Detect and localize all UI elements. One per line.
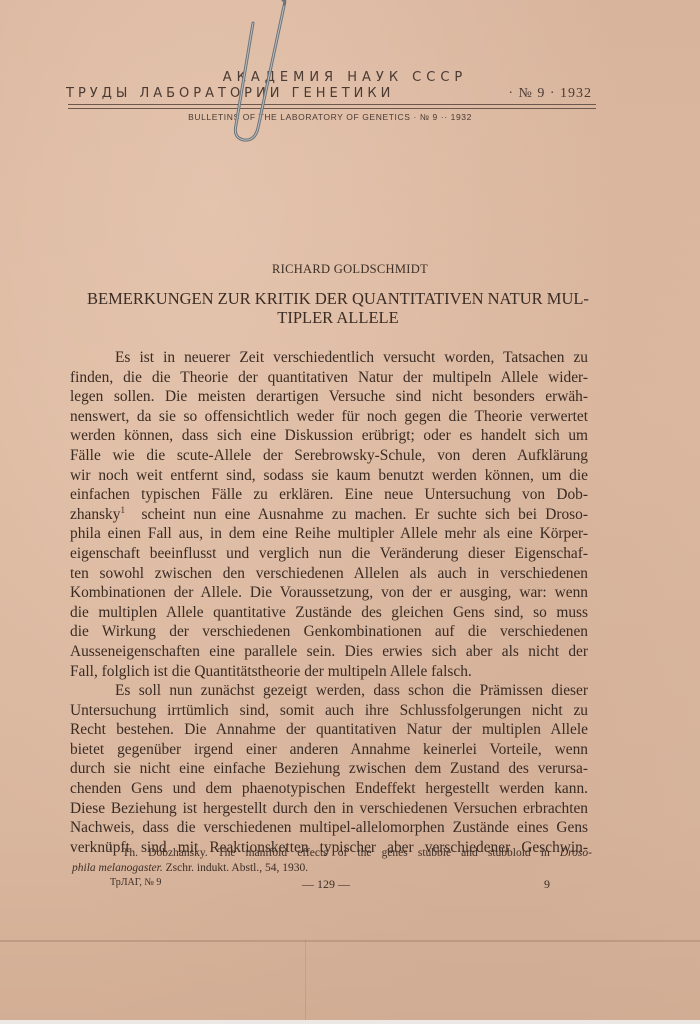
footnote-italic-text: Droso- [560,847,592,859]
body-line: Ausseneigenschaften eine parallele sein.… [70,642,588,662]
journal-title-russian: ТРУДЫ ЛАБОРАТОРИИ ГЕНЕТИКИ · № 9 · 1932 [60,86,600,102]
page-bottom-edge [0,1020,700,1024]
body-line: die multiplen Allele quantitative Zustän… [70,603,588,623]
article-body: Es ist in neuerer Zeit verschiedentlich … [70,348,588,857]
journal-title-english: BULLETINS OF THE LABORATORY OF GENETICS … [60,112,600,122]
body-line: die Wirkung der verschiedenen Genkombina… [70,622,588,642]
body-line: Kombinationen der Allele. Die Voraussetz… [70,583,588,603]
body-line: durch sie nicht eine einfache Beziehung … [70,759,588,779]
signature-number: 9 [544,877,550,892]
page-number: — 129 — [302,877,350,892]
article-title-line-1: BEMERKUNGEN ZUR KRITIK DER QUANTITATIVEN… [68,289,608,308]
journal-title-russian-text: ТРУДЫ ЛАБОРАТОРИИ ГЕНЕТИКИ [66,86,394,102]
body-line: Untersuchung irrtümlich sind, somit auch… [70,701,588,721]
header-double-rule [68,104,596,109]
body-line: legen sollen. Die meisten derartigen Ver… [70,387,588,407]
body-line-with-footnote: zhansky1 scheint nun eine Ausnahme zu ma… [70,505,588,525]
body-line: Es ist in neuerer Zeit verschiedentlich … [70,348,588,368]
body-text-fragment: scheint nun eine Ausnahme zu machen. Er … [142,506,589,523]
academy-name: АКАДЕМИЯ НАУК СССР [90,70,600,85]
paper-page: АКАДЕМИЯ НАУК СССР ТРУДЫ ЛАБОРАТОРИИ ГЕН… [0,0,700,1024]
body-line: eigenschaft beeinflusst und verglich nun… [70,544,588,564]
body-text-fragment: zhansky [70,506,120,523]
body-line: bietet gegenüber irgend einer anderen An… [70,740,588,760]
footnote-line-1: 1 Th. Dobzhansky. The manifold effects o… [72,846,592,861]
paper-fold-horizontal [0,940,700,942]
body-line: Fall, folglich ist die Quantitätstheorie… [70,662,588,682]
article-author: RICHARD GOLDSCHMIDT [0,262,700,277]
footer-journal-abbrev: ТрЛАГ, № 9 [110,877,161,888]
body-line: Fälle wie die scute-Allele der Serebrows… [70,446,588,466]
article-title: BEMERKUNGEN ZUR KRITIK DER QUANTITATIVEN… [68,289,608,327]
paper-fold-vertical [305,940,306,1024]
body-line: wir noch weit entfernt sind, sodass sie … [70,466,588,486]
journal-issue-russian: · № 9 · 1932 [508,86,592,102]
body-line: Recht bestehen. Die Annahme der quantita… [70,720,588,740]
footnote-text: Zschr. indukt. Abstl., 54, 1930. [166,862,308,874]
footnote-text: Th. Dobzhansky. The manifold effects of … [122,847,549,859]
body-line: werden können, dass sich eine Diskussion… [70,426,588,446]
page-footer: ТрЛАГ, № 9 — 129 — 9 [110,877,560,893]
body-line: ten sowohl zwischen den verschiedenen Al… [70,564,588,584]
body-line: phila einen Fall aus, in dem eine Reihe … [70,524,588,544]
journal-header: АКАДЕМИЯ НАУК СССР ТРУДЫ ЛАБОРАТОРИИ ГЕН… [60,70,600,122]
body-line: chenden Gens und dem phaenotypischen End… [70,779,588,799]
body-line: Diese Beziehung ist hergestellt durch de… [70,799,588,819]
footnote-marker: 1 [108,842,113,852]
article-title-line-2: TIPLER ALLELE [68,308,608,327]
footnote: 1 Th. Dobzhansky. The manifold effects o… [72,846,592,876]
footnote-reference[interactable]: 1 [120,505,125,515]
body-line: nenswert, da sie so offensichtlich weder… [70,407,588,427]
footnote-line-2: phila melanogaster. Zschr. indukt. Abstl… [72,861,592,876]
footnote-italic-text: phila melanogaster. [72,862,163,874]
body-line: Nachweis, dass die verschiedenen multipe… [70,818,588,838]
body-line: einfachen typischen Fälle zu erklären. E… [70,485,588,505]
body-line: Es soll nun zunächst gezeigt werden, das… [70,681,588,701]
body-line: finden, die die Theorie der quantitative… [70,368,588,388]
